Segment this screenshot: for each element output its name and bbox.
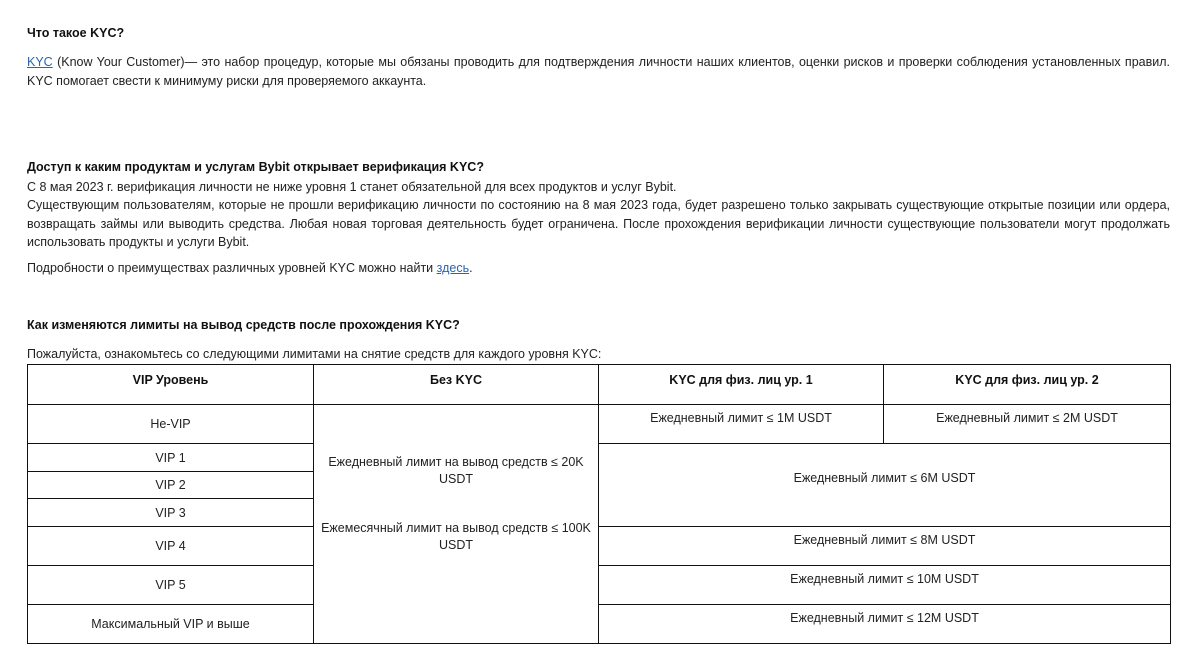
- mandatory-verification-text: С 8 мая 2023 г. верификация личности не …: [27, 178, 1170, 197]
- details-paragraph: Подробности о преимуществах различных ур…: [27, 259, 1170, 278]
- table-header-row: VIP Уровень Без KYC KYC для физ. лиц ур.…: [28, 365, 1171, 405]
- withdrawal-limits-table: VIP Уровень Без KYC KYC для физ. лиц ур.…: [27, 364, 1171, 644]
- vip-max-limit: Ежедневный лимит ≤ 12M USDT: [599, 605, 1171, 644]
- table-row: VIP 4 Ежедневный лимит ≤ 8M USDT: [28, 527, 1171, 566]
- vip4-limit: Ежедневный лимит ≤ 8M USDT: [599, 527, 1171, 566]
- vip-level-cell: VIP 2: [28, 472, 314, 499]
- table-row: Не-VIP Ежедневный лимит на вывод средств…: [28, 405, 1171, 444]
- no-kyc-monthly-limit: Ежемесячный лимит на вывод средств ≤ 100…: [321, 521, 591, 552]
- table-row: VIP 5 Ежедневный лимит ≤ 10M USDT: [28, 566, 1171, 605]
- vip-level-cell: VIP 3: [28, 499, 314, 527]
- vip-level-cell: VIP 4: [28, 527, 314, 566]
- header-kyc-level-2: KYC для физ. лиц ур. 2: [884, 365, 1171, 405]
- existing-users-text: Существующим пользователям, которые не п…: [27, 196, 1170, 252]
- vip-level-cell: Не-VIP: [28, 405, 314, 444]
- kyc-definition-text: (Know Your Customer)— это набор процедур…: [27, 55, 1170, 88]
- vip5-limit: Ежедневный лимит ≤ 10M USDT: [599, 566, 1171, 605]
- vip1-3-limit: Ежедневный лимит ≤ 6M USDT: [599, 444, 1171, 527]
- heading-what-is-kyc: Что такое KYC?: [27, 26, 124, 40]
- details-text: Подробности о преимуществах различных ур…: [27, 261, 437, 275]
- table-row: Максимальный VIP и выше Ежедневный лимит…: [28, 605, 1171, 644]
- header-vip-level: VIP Уровень: [28, 365, 314, 405]
- details-end: .: [469, 261, 472, 275]
- vip-level-cell: VIP 1: [28, 444, 314, 472]
- kyc-link[interactable]: KYC: [27, 55, 53, 69]
- no-kyc-limits-cell: Ежедневный лимит на вывод средств ≤ 20K …: [314, 405, 599, 644]
- vip-level-cell: VIP 5: [28, 566, 314, 605]
- no-kyc-daily-limit: Ежедневный лимит на вывод средств ≤ 20K …: [328, 455, 583, 486]
- heading-products-access: Доступ к каким продуктам и услугам Bybit…: [27, 160, 484, 174]
- kyc-definition-paragraph: KYC (Know Your Customer)— это набор проц…: [27, 53, 1170, 90]
- details-link[interactable]: здесь: [437, 261, 469, 275]
- limits-intro-text: Пожалуйста, ознакомьтесь со следующими л…: [27, 347, 601, 361]
- non-vip-level2-limit: Ежедневный лимит ≤ 2M USDT: [884, 405, 1171, 444]
- table-row: VIP 1 Ежедневный лимит ≤ 6M USDT: [28, 444, 1171, 472]
- header-no-kyc: Без KYC: [314, 365, 599, 405]
- non-vip-level1-limit: Ежедневный лимит ≤ 1M USDT: [599, 405, 884, 444]
- vip-level-cell: Максимальный VIP и выше: [28, 605, 314, 644]
- heading-withdrawal-limits: Как изменяются лимиты на вывод средств п…: [27, 318, 460, 332]
- header-kyc-level-1: KYC для физ. лиц ур. 1: [599, 365, 884, 405]
